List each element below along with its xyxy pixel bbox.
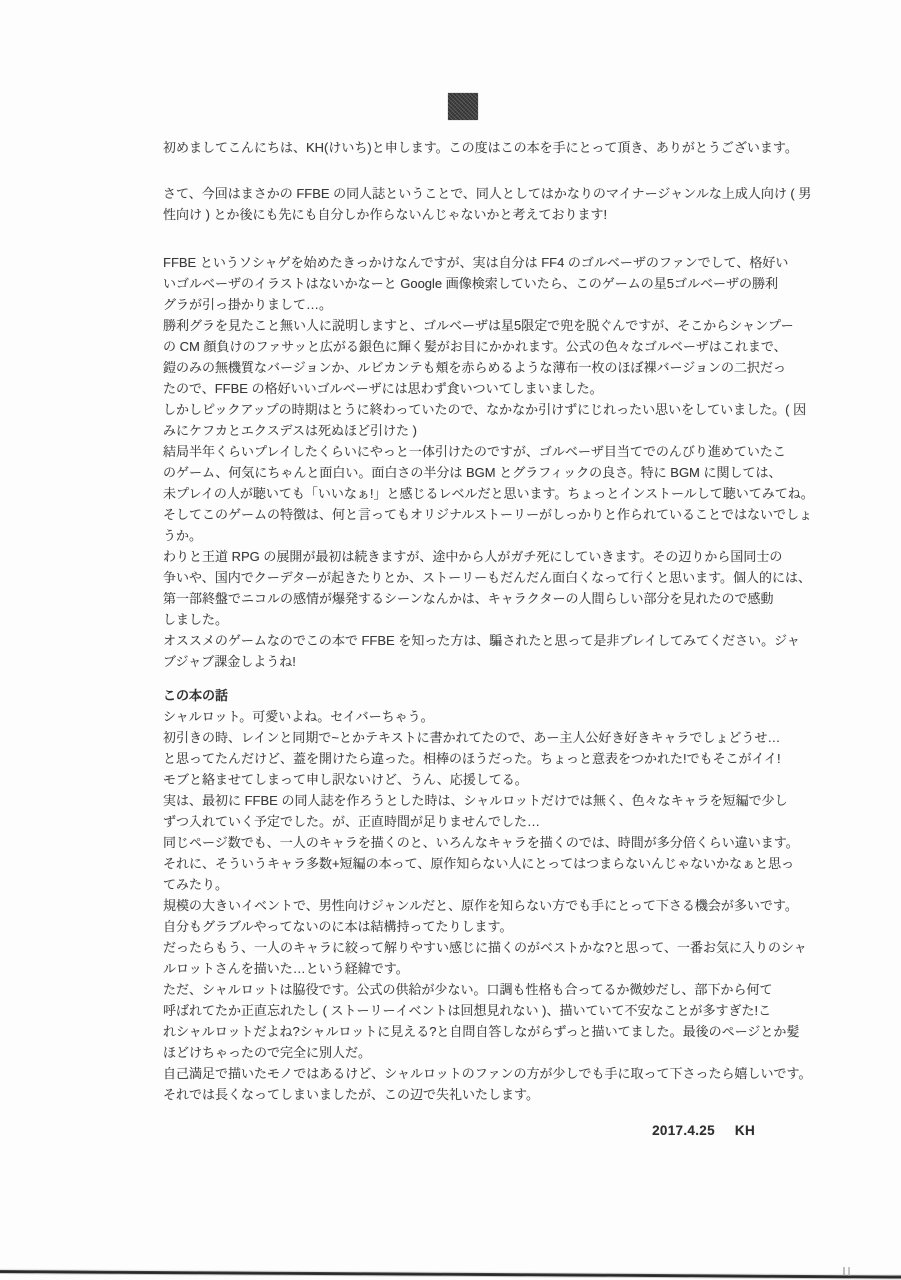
book-section-heading: この本の話	[163, 685, 839, 706]
date-signature: 2017.4.25KH	[163, 1120, 839, 1141]
game-impressions-paragraph: FFBE というソシャゲを始めたきっかけなんですが、実は自分は FF4 のゴルベ…	[163, 252, 839, 672]
book-section-paragraph: シャルロット。可愛いよね。セイバーちゃう。 初引きの時、レインと同期で~とかテキ…	[163, 706, 839, 1105]
document-page: 初めましてこんにちは、KH(けいち)と申します。この度はこの本を手にとって頂き、…	[0, 0, 901, 1280]
afterword-text: 初めましてこんにちは、KH(けいち)と申します。この度はこの本を手にとって頂き、…	[163, 137, 839, 1141]
scan-artifact	[843, 1267, 852, 1276]
redaction-mark	[448, 93, 478, 120]
intro-paragraph: さて、今回はまさかの FFBE の同人誌ということで、同人としてはかなりのマイナ…	[163, 183, 839, 225]
author-initials: KH	[735, 1123, 755, 1138]
greeting-paragraph: 初めましてこんにちは、KH(けいち)と申します。この度はこの本を手にとって頂き、…	[163, 137, 839, 158]
signature-date: 2017.4.25	[652, 1123, 715, 1138]
scan-edge-line	[0, 1270, 901, 1279]
